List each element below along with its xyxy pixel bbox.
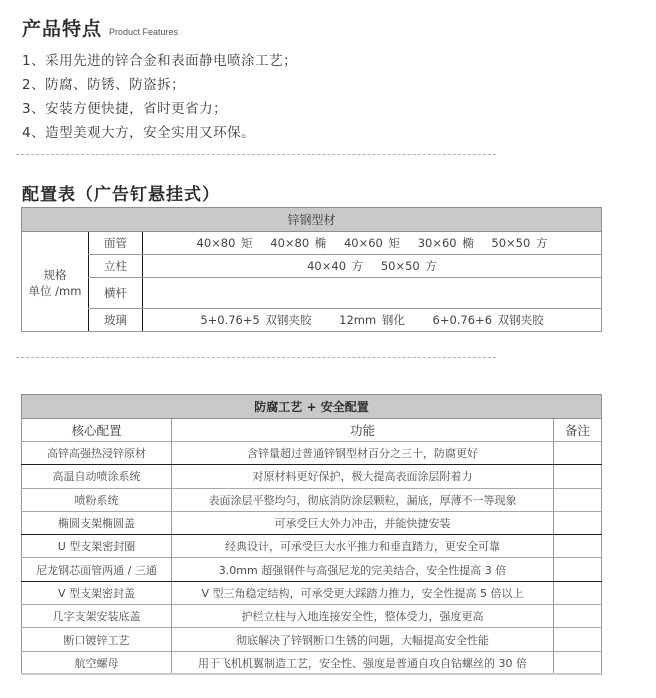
part-values (143, 278, 602, 309)
function-cell: 3.0mm 超强钢件与高强尼龙的完美结合，安全性提高 3 倍 (172, 558, 554, 581)
part-values: 5+0.76+5 双钢夹胶 12mm 钢化 6+0.76+6 双钢夹胶 (143, 309, 602, 332)
part-values: 40×80 矩 40×80 椭 40×60 矩 30×60 椭 50×50 方 (143, 232, 602, 255)
spec-value: 12mm 钢化 (339, 313, 405, 327)
features-list: 1、采用先进的锌合金和表面静电喷涂工艺； 2、防腐、防锈、防盗拆； 3、安装方便… (22, 49, 297, 145)
table-row: 几字支架安装底盖 护栏立柱与入地连接安全性，整体受力，强度更高 (22, 605, 602, 628)
spec-value: 30×60 椭 (418, 236, 474, 250)
part-values: 40×40 方 50×50 方 (143, 255, 602, 278)
dashed-divider (16, 154, 496, 155)
feature-item: 1、采用先进的锌合金和表面静电喷涂工艺； (22, 49, 297, 73)
spec-value: 50×50 方 (381, 259, 437, 273)
unit-label: 单位 /mm (22, 283, 88, 299)
function-cell: 表面涂层平整均匀，彻底消防涂层颗粒，漏底，厚薄不一等现象 (172, 488, 554, 511)
feature-item: 3、安装方便快捷，省时更省力； (22, 97, 297, 121)
table-row: 高锌高强热浸锌原材 含锌量超过普通锌钢型材百分之三十，防腐更好 (22, 442, 602, 465)
column-header-config: 核心配置 (22, 419, 172, 442)
config-cell: 几字支架安装底盖 (22, 605, 172, 628)
part-name: 立柱 (89, 255, 143, 278)
note-cell (554, 465, 602, 488)
config-cell: U 型支架密封圈 (22, 535, 172, 558)
spec-value: 50×50 方 (491, 236, 547, 250)
features-heading: 产品特点 Product Features (22, 14, 178, 41)
function-cell: 对原材料更好保护，极大提高表面涂层附着力 (172, 465, 554, 488)
config-title: 配置表（广告钉悬挂式） (22, 180, 220, 205)
table-row: 航空螺母 用于飞机机翼制造工艺，安全性、强度是普通自攻自钻螺丝的 30 倍 (22, 651, 602, 674)
note-cell (554, 488, 602, 511)
spec-unit-label: 规格 单位 /mm (22, 232, 89, 332)
spec-value: 40×60 矩 (344, 236, 400, 250)
function-cell: 含锌量超过普通锌钢型材百分之三十，防腐更好 (172, 442, 554, 465)
dashed-divider (16, 357, 496, 358)
column-header-note: 备注 (554, 419, 602, 442)
features-title-cn: 产品特点 (22, 14, 102, 41)
spec-value: 40×40 方 (307, 259, 363, 273)
spec-value: 5+0.76+5 双钢夹胶 (200, 313, 311, 327)
table-row: 玻璃 5+0.76+5 双钢夹胶 12mm 钢化 6+0.76+6 双钢夹胶 (22, 309, 602, 332)
spec-value: 6+0.76+6 双钢夹胶 (433, 313, 544, 327)
safety-table: 防腐工艺 + 安全配置 核心配置 功能 备注 高锌高强热浸锌原材 含锌量超过普通… (21, 394, 602, 675)
table-row: U 型支架密封圈 经典设计，可承受巨大水平推力和垂直踏力，更安全可靠 (22, 535, 602, 558)
config-cell: 椭圆支架椭圆盖 (22, 511, 172, 534)
column-header-function: 功能 (172, 419, 554, 442)
note-cell (554, 442, 602, 465)
config-cell: 喷粉系统 (22, 488, 172, 511)
safety-table-header: 防腐工艺 + 安全配置 (22, 395, 602, 419)
config-table: 锌钢型材 规格 单位 /mm 面管 40×80 矩 40×80 椭 40×60 … (21, 207, 602, 332)
function-cell: 经典设计，可承受巨大水平推力和垂直踏力，更安全可靠 (172, 535, 554, 558)
part-name: 玻璃 (89, 309, 143, 332)
config-cell: 断口镀锌工艺 (22, 628, 172, 651)
function-cell: V 型三角稳定结构，可承受更大踩踏力推力，安全性提高 5 倍以上 (172, 581, 554, 604)
features-title-en: Product Features (109, 27, 178, 37)
table-row: 规格 单位 /mm 面管 40×80 矩 40×80 椭 40×60 矩 30×… (22, 232, 602, 255)
note-cell (554, 651, 602, 674)
table-row: 立柱 40×40 方 50×50 方 (22, 255, 602, 278)
part-name: 面管 (89, 232, 143, 255)
feature-item: 2、防腐、防锈、防盗拆； (22, 73, 297, 97)
table-row: V 型支架密封盖 V 型三角稳定结构，可承受更大踩踏力推力，安全性提高 5 倍以… (22, 581, 602, 604)
part-name: 横杆 (89, 278, 143, 309)
config-cell: 高锌高强热浸锌原材 (22, 442, 172, 465)
table-row: 喷粉系统 表面涂层平整均匀，彻底消防涂层颗粒，漏底，厚薄不一等现象 (22, 488, 602, 511)
note-cell (554, 511, 602, 534)
config-cell: V 型支架密封盖 (22, 581, 172, 604)
table-row: 尼龙钢芯面管两通 / 三通 3.0mm 超强钢件与高强尼龙的完美结合，安全性提高… (22, 558, 602, 581)
note-cell (554, 558, 602, 581)
spec-value: 40×80 椭 (270, 236, 326, 250)
config-cell: 尼龙钢芯面管两通 / 三通 (22, 558, 172, 581)
feature-item: 4、造型美观大方，安全实用又环保。 (22, 121, 297, 145)
spec-value: 40×80 矩 (197, 236, 253, 250)
function-cell: 用于飞机机翼制造工艺，安全性、强度是普通自攻自钻螺丝的 30 倍 (172, 651, 554, 674)
column-header-row: 核心配置 功能 备注 (22, 419, 602, 442)
note-cell (554, 605, 602, 628)
function-cell: 彻底解决了锌钢断口生锈的问题，大幅提高安全性能 (172, 628, 554, 651)
note-cell (554, 535, 602, 558)
table-row: 椭圆支架椭圆盖 可承受巨大外力冲击，并能快捷安装 (22, 511, 602, 534)
config-cell: 高温自动喷涂系统 (22, 465, 172, 488)
config-cell: 航空螺母 (22, 651, 172, 674)
function-cell: 护栏立柱与入地连接安全性，整体受力，强度更高 (172, 605, 554, 628)
table-row: 断口镀锌工艺 彻底解决了锌钢断口生锈的问题，大幅提高安全性能 (22, 628, 602, 651)
table-row: 横杆 (22, 278, 602, 309)
function-cell: 可承受巨大外力冲击，并能快捷安装 (172, 511, 554, 534)
config-table-header: 锌钢型材 (22, 208, 602, 232)
spec-label: 规格 (22, 267, 88, 283)
note-cell (554, 628, 602, 651)
note-cell (554, 581, 602, 604)
table-row: 高温自动喷涂系统 对原材料更好保护，极大提高表面涂层附着力 (22, 465, 602, 488)
